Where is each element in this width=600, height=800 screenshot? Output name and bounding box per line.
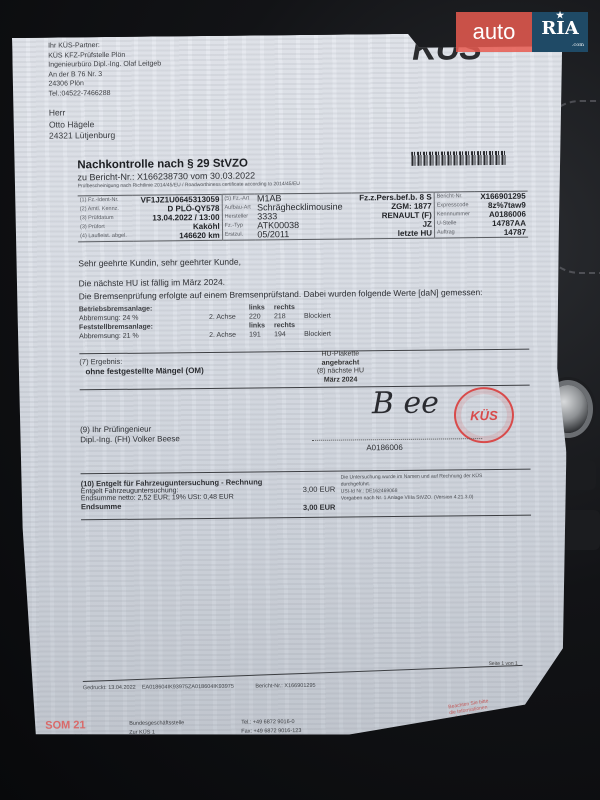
- certificate-note: Prüfbescheinigung nach Richtlinie 2014/4…: [78, 181, 300, 189]
- left-label: links: [249, 303, 274, 312]
- recipient-city: 24321 Lütjenburg: [49, 130, 115, 142]
- stamp-logo: KÜS: [470, 407, 498, 422]
- inspector-stamp: KÜS: [454, 387, 515, 444]
- spacer: [209, 304, 249, 313]
- invoice-note: Die Untersuchung wurde im Namen und auf …: [341, 473, 521, 503]
- invoice-total-amount: 3,00 EUR: [303, 503, 336, 512]
- partner-line: Ingenieurbüro Dipl.-Ing. Olaf Leitgeb: [48, 59, 161, 70]
- field-label: Erstzul.: [222, 230, 255, 240]
- printed-date: 13.04.2022: [108, 685, 136, 691]
- left-value: 191: [249, 330, 274, 339]
- report-number: X166901295: [284, 683, 315, 689]
- inspector-block: (9) Ihr Prüfingenieur Dipl.-Ing. (FH) Vo…: [80, 424, 180, 445]
- recipient-salutation: Herr: [49, 107, 115, 119]
- greeting: Sehr geehrte Kundin, sehr geehrter Kunde…: [78, 257, 241, 269]
- back-side-note: Beachten Sie bitte die Informationen auf…: [448, 698, 491, 722]
- autoria-watermark: auto ★ RIA .com: [456, 12, 588, 52]
- field-label: (1) Fz.-Ident-Nr.: [78, 195, 133, 205]
- signature: B ee: [372, 386, 439, 422]
- partner-line: Tel.:04522-7466288: [49, 88, 162, 99]
- axle: 2. Achse: [209, 331, 249, 340]
- barcode: [411, 151, 506, 166]
- office-address: Bundesgeschäftsstelle Zur KÜS 1 66679 Lo…: [129, 719, 187, 747]
- right-label: rechts: [274, 321, 304, 330]
- watermark-ria: ★ RIA .com: [532, 12, 588, 52]
- hu-plakette-status: angebracht: [322, 359, 360, 366]
- office-line: Zur KÜS 1: [129, 728, 187, 738]
- document-title: Nachkontrolle nach § 29 StVZO: [77, 158, 248, 172]
- field-value: 05/2011: [255, 229, 351, 240]
- left-value: 220: [249, 312, 274, 321]
- field-label: (5) Fz.-Art: [222, 194, 255, 204]
- brake-status: Blockiert: [304, 330, 331, 339]
- field-label: U-Stelle: [434, 219, 474, 228]
- print-code: EA018604IK93975ZA018604IK93975: [142, 684, 234, 691]
- divider: [79, 349, 529, 355]
- spacer: [209, 322, 249, 331]
- office-line: Bundesgeschäftsstelle: [129, 719, 187, 729]
- contact-info: Tel.: +49 6872 9016-0 Fax: +49 6872 9016…: [241, 718, 309, 746]
- office-line: 66679 Losheim am See: [129, 737, 187, 747]
- printed-label: Gedruckt:: [83, 685, 107, 691]
- divider: [81, 515, 531, 521]
- inspection-document: Ihr KÜS-Partner: KÜS KFZ-Prüfstelle Plön…: [12, 32, 569, 738]
- right-value: 194: [274, 330, 304, 339]
- inspector-code: A0186006: [366, 443, 403, 452]
- divider: [80, 385, 530, 391]
- signature-line: [312, 438, 482, 441]
- next-hu-value: März 2024: [324, 376, 358, 383]
- field-label: Auftrag: [434, 228, 474, 238]
- result-label: (7) Ergebnis:: [79, 357, 122, 366]
- right-value: 218: [274, 312, 304, 321]
- field-label: Aufbau-Art: [222, 203, 255, 212]
- watermark-ria-text: RIA: [541, 21, 578, 37]
- field-label: Fz.-Typ: [222, 221, 255, 230]
- axle: 2. Achse: [209, 313, 249, 322]
- field-label: Kennnummer: [434, 210, 474, 219]
- report-label: Bericht-Nr.:: [255, 683, 283, 689]
- brake-results: Betriebsbremsanlage:linksrechtsAbbremsun…: [79, 302, 399, 341]
- recipient-name: Otto Hägele: [49, 118, 115, 130]
- left-label: links: [249, 321, 274, 330]
- som-label: SOM 21: [45, 719, 85, 731]
- contact-line: Fax: +49 6872 9016-123: [241, 727, 309, 737]
- divider: [83, 665, 523, 682]
- watermark-ria-suffix: .com: [572, 37, 584, 53]
- field-value: 14787: [475, 228, 528, 238]
- brake-intro: Die Bremsenprüfung erfolgte auf einem Br…: [79, 287, 483, 301]
- field-value: 146620 km: [133, 231, 223, 241]
- invoice-item-amount: 3,00 EUR: [303, 485, 336, 494]
- brake-value-row: Abbremsung: 21 %2. Achse191194Blockiert: [79, 329, 399, 341]
- print-info: Gedruckt: 13.04.2022 EA018604IK93975ZA01…: [83, 683, 316, 691]
- field-label: Bericht-Nr.: [434, 192, 474, 202]
- hu-plakette-label: HU-Plakette: [305, 350, 375, 359]
- hu-plakette-block: HU-Plakette angebracht (8) nächste HU Mä…: [305, 350, 375, 385]
- partner-address: Ihr KÜS-Partner: KÜS KFZ-Prüfstelle Plön…: [48, 40, 161, 98]
- field-label: (4) Laufleist. abgel.: [78, 232, 133, 242]
- braking-percent: Abbremsung: 21 %: [79, 331, 209, 341]
- field-value: X166901295: [474, 191, 527, 201]
- contact-line: info@kues.de www.kues.de: [241, 736, 309, 746]
- next-hu-text: Die nächste HU ist fällig im März 2024.: [79, 277, 226, 289]
- watermark-auto: auto: [456, 12, 532, 52]
- field-label: Hersteller: [222, 212, 255, 221]
- next-hu-label: (8) nächste HU: [305, 367, 375, 376]
- recipient-address: Herr Otto Hägele 24321 Lütjenburg: [49, 107, 116, 142]
- document-subtitle: zu Bericht-Nr.: X166238730 vom 30.03.202…: [77, 170, 255, 182]
- brake-status: Blockiert: [304, 312, 331, 321]
- field-label: Expresscode: [434, 201, 474, 210]
- field-value: letzte HU: [352, 229, 435, 239]
- som-number: 3282898: [45, 733, 84, 744]
- vehicle-data-table: (1) Fz.-Ident-Nr.VF1JZ1U0645313059(5) Fz…: [78, 191, 528, 243]
- right-label: rechts: [274, 303, 304, 312]
- inspector-name: Dipl.-Ing. (FH) Volker Beese: [80, 434, 180, 445]
- result-value: ohne festgestellte Mängel (OM): [85, 366, 203, 376]
